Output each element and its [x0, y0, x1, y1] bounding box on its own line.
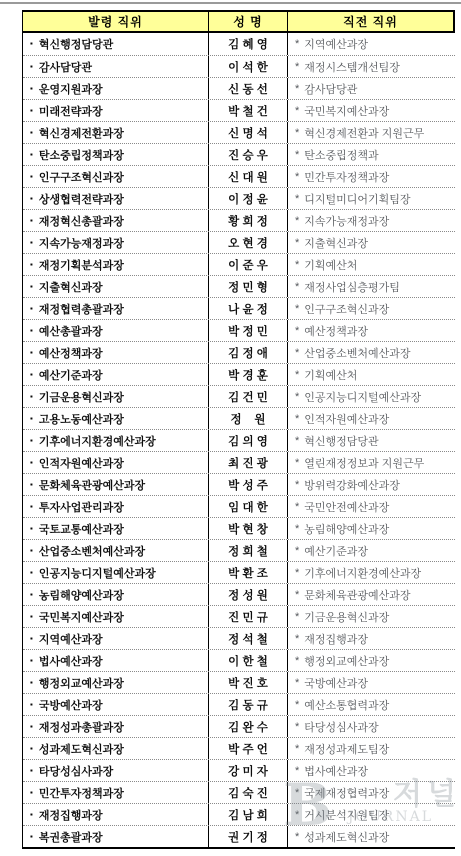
asterisk-marker: *	[295, 281, 299, 293]
appointed-position-text: 예산기준과장	[39, 367, 103, 383]
asterisk-marker: *	[295, 193, 299, 205]
previous-position-text: 지속가능재정과장	[304, 213, 389, 229]
appointed-position-cell: ▪혁신경제전환과장	[23, 122, 209, 143]
appointed-position-text: 인구구조혁신과장	[39, 169, 124, 185]
appointed-position-text: 재정성과총괄과장	[39, 719, 124, 735]
bullet-square-icon: ▪	[30, 40, 33, 48]
appointed-position-cell: ▪재정성과총괄과장	[23, 716, 209, 737]
name-cell: 진 승 우	[209, 144, 288, 165]
asterisk-marker: *	[295, 215, 299, 227]
name-cell: 최 진 광	[209, 452, 288, 473]
previous-position-cell: *기금운용혁신과장	[288, 606, 455, 627]
bullet-square-icon: ▪	[30, 239, 33, 247]
previous-position-text: 성과제도혁신과장	[304, 829, 389, 845]
bullet-square-icon: ▪	[30, 657, 33, 665]
asterisk-marker: *	[295, 259, 299, 271]
appointed-position-text: 예산정책과장	[39, 345, 103, 361]
name-cell: 정 민 형	[209, 276, 288, 297]
bullet-square-icon: ▪	[30, 723, 33, 731]
previous-position-cell: *예산정책과장	[288, 320, 455, 341]
bullet-square-icon: ▪	[30, 459, 33, 467]
previous-position-cell: *디지털미디어기획팀장	[288, 188, 455, 209]
appointed-position-cell: ▪재정혁신총괄과장	[23, 210, 209, 231]
previous-position-cell: *성과제도혁신과장	[288, 826, 455, 847]
appointed-position-text: 혁신행정담당관	[39, 36, 113, 52]
previous-position-text: 행정외교예산과장	[304, 653, 389, 669]
bullet-square-icon: ▪	[30, 503, 33, 511]
bullet-square-icon: ▪	[30, 129, 33, 137]
previous-position-cell: *혁신경제전환과 지원근무	[288, 122, 455, 143]
name-cell: 김 건 민	[209, 386, 288, 407]
bullet-square-icon: ▪	[30, 833, 33, 841]
appointed-position-cell: ▪타당성심사과장	[23, 760, 209, 781]
appointed-position-cell: ▪고용노동예산과장	[23, 408, 209, 429]
appointed-position-cell: ▪산업중소벤처예산과장	[23, 540, 209, 561]
previous-position-text: 재정사업심층평가팀	[304, 279, 400, 295]
previous-position-text: 인구구조혁신과장	[304, 301, 389, 317]
appointed-position-text: 지역예산과장	[39, 631, 103, 647]
name-cell: 신 명 석	[209, 122, 288, 143]
previous-position-cell: *인공지능디지털예산과장	[288, 386, 455, 407]
previous-position-text: 인공지능디지털예산과장	[304, 389, 421, 405]
asterisk-marker: *	[295, 479, 299, 491]
table-row: ▪재정집행과장김 남 희*거시분석지원팀장	[23, 803, 455, 825]
appointed-position-text: 재정협력총괄과장	[39, 301, 124, 317]
bullet-square-icon: ▪	[30, 371, 33, 379]
name-cell: 김 혜 영	[209, 33, 288, 55]
previous-position-text: 열린재정정보과 지원근무	[304, 455, 424, 471]
previous-position-cell: *재정사업심층평가팀	[288, 276, 455, 297]
appointed-position-text: 국민복지예산과장	[39, 609, 124, 625]
appointed-position-cell: ▪국토교통예산과장	[23, 518, 209, 539]
appointed-position-cell: ▪법사예산과장	[23, 650, 209, 671]
name-cell: 박 진 호	[209, 672, 288, 693]
table-row: ▪성과제도혁신과장박 주 언*재정성과제도팀장	[23, 737, 455, 759]
appointed-position-text: 인공지능디지털예산과장	[39, 565, 156, 581]
table-row: ▪재정협력총괄과장나 윤 정*인구구조혁신과장	[23, 297, 455, 319]
asterisk-marker: *	[295, 391, 299, 403]
bullet-square-icon: ▪	[30, 745, 33, 753]
bullet-square-icon: ▪	[30, 613, 33, 621]
previous-position-text: 국민안전예산과장	[304, 499, 389, 515]
name-cell: 권 기 정	[209, 826, 288, 847]
bullet-square-icon: ▪	[30, 811, 33, 819]
appointed-position-cell: ▪지역예산과장	[23, 628, 209, 649]
appointed-position-text: 예산총괄과장	[39, 323, 103, 339]
asterisk-marker: *	[295, 347, 299, 359]
name-cell: 정 원	[209, 408, 288, 429]
previous-position-text: 지역예산과장	[304, 36, 368, 52]
appointed-position-cell: ▪재정협력총괄과장	[23, 298, 209, 319]
asterisk-marker: *	[295, 413, 299, 425]
appointed-position-cell: ▪재정기획분석과장	[23, 254, 209, 275]
bullet-square-icon: ▪	[30, 85, 33, 93]
asterisk-marker: *	[295, 325, 299, 337]
name-cell: 김 남 희	[209, 804, 288, 825]
previous-position-cell: *감사담당관	[288, 78, 455, 99]
table-row: ▪재정혁신총괄과장황 희 정*지속가능재정과장	[23, 209, 455, 231]
previous-position-cell: *기획예산처	[288, 364, 455, 385]
previous-position-text: 국방예산과장	[304, 675, 368, 691]
bullet-square-icon: ▪	[30, 261, 33, 269]
appointed-position-text: 기후에너지환경예산과장	[39, 433, 156, 449]
appointed-position-cell: ▪지속가능재정과장	[23, 232, 209, 253]
asterisk-marker: *	[295, 61, 299, 73]
bullet-square-icon: ▪	[30, 701, 33, 709]
appointed-position-text: 성과제도혁신과장	[39, 741, 124, 757]
top-divider-line	[0, 2, 461, 4]
previous-position-text: 재정시스템개선팀장	[304, 59, 400, 75]
previous-position-cell: *행정외교예산과장	[288, 650, 455, 671]
previous-position-text: 법사예산과장	[304, 763, 368, 779]
asterisk-marker: *	[295, 721, 299, 733]
previous-position-text: 민간투자정책과장	[304, 169, 389, 185]
name-cell: 신 동 선	[209, 78, 288, 99]
name-cell: 정 성 원	[209, 584, 288, 605]
table-row: ▪기금운용혁신과장김 건 민*인공지능디지털예산과장	[23, 385, 455, 407]
name-cell: 임 대 한	[209, 496, 288, 517]
bullet-square-icon: ▪	[30, 635, 33, 643]
appointed-position-text: 농림해양예산과장	[39, 587, 124, 603]
appointed-position-text: 복권총괄과장	[39, 829, 103, 845]
appointed-position-cell: ▪국민복지예산과장	[23, 606, 209, 627]
previous-position-text: 거시분석지원팀장	[304, 807, 389, 823]
previous-position-text: 감사담당관	[304, 81, 357, 97]
table-row: ▪지역예산과장정 석 철*재정집행과장	[23, 627, 455, 649]
previous-position-cell: *민간투자정책과장	[288, 166, 455, 187]
previous-position-cell: *기후에너지환경예산과장	[288, 562, 455, 583]
table-row: ▪상생협력전략과장이 정 윤*디지털미디어기획팀장	[23, 187, 455, 209]
appointed-position-text: 재정집행과장	[39, 807, 103, 823]
previous-position-text: 재정성과제도팀장	[304, 741, 389, 757]
previous-position-cell: *지속가능재정과장	[288, 210, 455, 231]
bullet-square-icon: ▪	[30, 305, 33, 313]
table-row: ▪혁신경제전환과장신 명 석*혁신경제전환과 지원근무	[23, 121, 455, 143]
previous-position-cell: *국제재정협력과장	[288, 782, 455, 803]
bullet-square-icon: ▪	[30, 767, 33, 775]
bullet-square-icon: ▪	[30, 569, 33, 577]
appointed-position-text: 지속가능재정과장	[39, 235, 124, 251]
name-cell: 이 한 철	[209, 650, 288, 671]
table-header-row: 발령 직위 성 명 직전 직위	[22, 10, 455, 33]
appointed-position-text: 법사예산과장	[39, 653, 103, 669]
table-row: ▪지속가능재정과장오 현 경*지출혁신과장	[23, 231, 455, 253]
table-row: ▪예산총괄과장박 정 민*예산정책과장	[23, 319, 455, 341]
name-cell: 김 동 규	[209, 694, 288, 715]
table-row: ▪운영지원과장신 동 선*감사담당관	[23, 77, 455, 99]
table-row: ▪기후에너지환경예산과장김 의 영*혁신행정담당관	[23, 429, 455, 451]
table-row: ▪탄소중립정책과장진 승 우*탄소중립정책과	[23, 143, 455, 165]
appointed-position-text: 문화체육관광예산과장	[39, 477, 145, 493]
previous-position-text: 기금운용혁신과장	[304, 609, 389, 625]
appointed-position-cell: ▪투자사업관리과장	[23, 496, 209, 517]
name-cell: 이 정 윤	[209, 188, 288, 209]
previous-position-text: 기획예산처	[304, 257, 357, 273]
bullet-square-icon: ▪	[30, 525, 33, 533]
name-cell: 강 미 자	[209, 760, 288, 781]
asterisk-marker: *	[295, 567, 299, 579]
previous-position-cell: *문화체육관광예산과장	[288, 584, 455, 605]
bullet-square-icon: ▪	[30, 173, 33, 181]
appointed-position-text: 국방예산과장	[39, 697, 103, 713]
asterisk-marker: *	[295, 38, 299, 50]
bullet-square-icon: ▪	[30, 151, 33, 159]
appointed-position-text: 감사담당관	[39, 59, 92, 75]
appointment-table: 발령 직위 성 명 직전 직위 ▪혁신행정담당관김 혜 영*지역예산과장▪감사담…	[22, 10, 455, 849]
previous-position-cell: *지역예산과장	[288, 33, 455, 55]
bullet-square-icon: ▪	[30, 107, 33, 115]
appointed-position-text: 국토교통예산과장	[39, 521, 124, 537]
previous-position-text: 디지털미디어기획팀장	[304, 191, 410, 207]
previous-position-cell: *재정성과제도팀장	[288, 738, 455, 759]
previous-position-cell: *재정집행과장	[288, 628, 455, 649]
previous-position-text: 산업중소벤처예산과장	[304, 345, 410, 361]
table-row: ▪국민복지예산과장진 민 규*기금운용혁신과장	[23, 605, 455, 627]
previous-position-text: 재정집행과장	[304, 631, 368, 647]
appointed-position-text: 산업중소벤처예산과장	[39, 543, 145, 559]
asterisk-marker: *	[295, 677, 299, 689]
name-cell: 김 정 애	[209, 342, 288, 363]
asterisk-marker: *	[295, 831, 299, 843]
bullet-square-icon: ▪	[30, 195, 33, 203]
name-cell: 정 희 철	[209, 540, 288, 561]
bullet-square-icon: ▪	[30, 327, 33, 335]
previous-position-text: 예산기준과장	[304, 543, 368, 559]
appointed-position-cell: ▪인구구조혁신과장	[23, 166, 209, 187]
appointed-position-text: 지출혁신과장	[39, 279, 103, 295]
appointed-position-cell: ▪기후에너지환경예산과장	[23, 430, 209, 451]
appointed-position-cell: ▪인적자원예산과장	[23, 452, 209, 473]
previous-position-cell: *국방예산과장	[288, 672, 455, 693]
appointed-position-cell: ▪복권총괄과장	[23, 826, 209, 847]
appointed-position-cell: ▪예산총괄과장	[23, 320, 209, 341]
appointed-position-cell: ▪문화체육관광예산과장	[23, 474, 209, 495]
table-body: ▪혁신행정담당관김 혜 영*지역예산과장▪감사담당관이 석 한*재정시스템개선팀…	[22, 33, 455, 849]
table-row: ▪예산기준과장박 경 훈*기획예산처	[23, 363, 455, 385]
appointed-position-cell: ▪예산기준과장	[23, 364, 209, 385]
name-cell: 김 숙 진	[209, 782, 288, 803]
bullet-square-icon: ▪	[30, 679, 33, 687]
name-cell: 오 현 경	[209, 232, 288, 253]
asterisk-marker: *	[295, 369, 299, 381]
table-row: ▪예산정책과장김 정 애*산업중소벤처예산과장	[23, 341, 455, 363]
name-cell: 이 석 한	[209, 56, 288, 77]
name-cell: 진 민 규	[209, 606, 288, 627]
table-row: ▪투자사업관리과장임 대 한*국민안전예산과장	[23, 495, 455, 517]
asterisk-marker: *	[295, 457, 299, 469]
previous-position-cell: *타당성심사과장	[288, 716, 455, 737]
previous-position-cell: *재정시스템개선팀장	[288, 56, 455, 77]
previous-position-text: 타당성심사과장	[304, 719, 378, 735]
name-cell: 박 경 훈	[209, 364, 288, 385]
table-row: ▪산업중소벤처예산과장정 희 철*예산기준과장	[23, 539, 455, 561]
asterisk-marker: *	[295, 809, 299, 821]
name-cell: 박 현 창	[209, 518, 288, 539]
bullet-square-icon: ▪	[30, 349, 33, 357]
previous-position-text: 국제재정협력과장	[304, 785, 389, 801]
appointed-position-cell: ▪기금운용혁신과장	[23, 386, 209, 407]
header-appointed-position: 발령 직위	[23, 12, 209, 31]
previous-position-text: 방위력강화예산과장	[304, 477, 400, 493]
asterisk-marker: *	[295, 743, 299, 755]
previous-position-cell: *인구구조혁신과장	[288, 298, 455, 319]
bullet-square-icon: ▪	[30, 437, 33, 445]
appointed-position-cell: ▪성과제도혁신과장	[23, 738, 209, 759]
appointed-position-text: 미래전략과장	[39, 103, 103, 119]
appointed-position-cell: ▪지출혁신과장	[23, 276, 209, 297]
appointed-position-text: 민간투자정책과장	[39, 785, 124, 801]
appointed-position-text: 탄소중립정책과장	[39, 147, 124, 163]
asterisk-marker: *	[295, 523, 299, 535]
appointed-position-cell: ▪국방예산과장	[23, 694, 209, 715]
asterisk-marker: *	[295, 699, 299, 711]
previous-position-text: 농림해양예산과장	[304, 521, 389, 537]
table-row: ▪국토교통예산과장박 현 창*농림해양예산과장	[23, 517, 455, 539]
previous-position-text: 지출혁신과장	[304, 235, 368, 251]
name-cell: 김 의 영	[209, 430, 288, 451]
previous-position-cell: *산업중소벤처예산과장	[288, 342, 455, 363]
appointed-position-cell: ▪재정집행과장	[23, 804, 209, 825]
previous-position-text: 혁신경제전환과 지원근무	[304, 125, 424, 141]
table-row: ▪재정성과총괄과장김 완 수*타당성심사과장	[23, 715, 455, 737]
table-row: ▪법사예산과장이 한 철*행정외교예산과장	[23, 649, 455, 671]
appointed-position-text: 상생협력전략과장	[39, 191, 124, 207]
previous-position-cell: *농림해양예산과장	[288, 518, 455, 539]
asterisk-marker: *	[295, 589, 299, 601]
table-row: ▪미래전략과장박 철 건*국민복지예산과장	[23, 99, 455, 121]
appointed-position-cell: ▪민간투자정책과장	[23, 782, 209, 803]
name-cell: 이 준 우	[209, 254, 288, 275]
name-cell: 박 정 민	[209, 320, 288, 341]
header-name: 성 명	[209, 12, 288, 31]
appointed-position-text: 운영지원과장	[39, 81, 103, 97]
asterisk-marker: *	[295, 303, 299, 315]
name-cell: 정 석 철	[209, 628, 288, 649]
previous-position-cell: *거시분석지원팀장	[288, 804, 455, 825]
appointed-position-text: 재정혁신총괄과장	[39, 213, 124, 229]
previous-position-text: 국민복지예산과장	[304, 103, 389, 119]
previous-position-cell: *예산소통협력과장	[288, 694, 455, 715]
bullet-square-icon: ▪	[30, 591, 33, 599]
name-cell: 신 대 원	[209, 166, 288, 187]
previous-position-text: 기획예산처	[304, 367, 357, 383]
asterisk-marker: *	[295, 545, 299, 557]
asterisk-marker: *	[295, 501, 299, 513]
header-previous-position: 직전 직위	[288, 12, 453, 31]
previous-position-cell: *법사예산과장	[288, 760, 455, 781]
bullet-square-icon: ▪	[30, 547, 33, 555]
appointed-position-text: 혁신경제전환과장	[39, 125, 124, 141]
previous-position-cell: *기획예산처	[288, 254, 455, 275]
asterisk-marker: *	[295, 611, 299, 623]
appointed-position-cell: ▪운영지원과장	[23, 78, 209, 99]
bullet-square-icon: ▪	[30, 217, 33, 225]
bullet-square-icon: ▪	[30, 393, 33, 401]
appointed-position-text: 재정기획분석과장	[39, 257, 124, 273]
table-row: ▪감사담당관이 석 한*재정시스템개선팀장	[23, 55, 455, 77]
asterisk-marker: *	[295, 83, 299, 95]
name-cell: 박 성 주	[209, 474, 288, 495]
asterisk-marker: *	[295, 765, 299, 777]
previous-position-cell: *지출혁신과장	[288, 232, 455, 253]
asterisk-marker: *	[295, 435, 299, 447]
previous-position-text: 문화체육관광예산과장	[304, 587, 410, 603]
appointed-position-text: 고용노동예산과장	[39, 411, 124, 427]
asterisk-marker: *	[295, 171, 299, 183]
table-row: ▪민간투자정책과장김 숙 진*국제재정협력과장	[23, 781, 455, 803]
table-row: ▪타당성심사과장강 미 자*법사예산과장	[23, 759, 455, 781]
table-row: ▪국방예산과장김 동 규*예산소통협력과장	[23, 693, 455, 715]
appointed-position-cell: ▪미래전략과장	[23, 100, 209, 121]
table-row: ▪지출혁신과장정 민 형*재정사업심층평가팀	[23, 275, 455, 297]
previous-position-text: 혁신행정담당관	[304, 433, 378, 449]
name-cell: 박 철 건	[209, 100, 288, 121]
previous-position-cell: *인적자원예산과장	[288, 408, 455, 429]
table-row: ▪인적자원예산과장최 진 광*열린재정정보과 지원근무	[23, 451, 455, 473]
previous-position-cell: *방위력강화예산과장	[288, 474, 455, 495]
previous-position-cell: *열린재정정보과 지원근무	[288, 452, 455, 473]
name-cell: 박 주 언	[209, 738, 288, 759]
appointed-position-cell: ▪탄소중립정책과장	[23, 144, 209, 165]
bullet-square-icon: ▪	[30, 415, 33, 423]
previous-position-text: 인적자원예산과장	[304, 411, 389, 427]
table-row: ▪재정기획분석과장이 준 우*기획예산처	[23, 253, 455, 275]
table-row: ▪농림해양예산과장정 성 원*문화체육관광예산과장	[23, 583, 455, 605]
bullet-square-icon: ▪	[30, 481, 33, 489]
previous-position-text: 예산정책과장	[304, 323, 368, 339]
appointed-position-cell: ▪인공지능디지털예산과장	[23, 562, 209, 583]
appointed-position-cell: ▪농림해양예산과장	[23, 584, 209, 605]
previous-position-cell: *예산기준과장	[288, 540, 455, 561]
table-row: ▪문화체육관광예산과장박 성 주*방위력강화예산과장	[23, 473, 455, 495]
bullet-square-icon: ▪	[30, 63, 33, 71]
bullet-square-icon: ▪	[30, 789, 33, 797]
table-row: ▪복권총괄과장권 기 정*성과제도혁신과장	[23, 825, 455, 847]
appointed-position-text: 인적자원예산과장	[39, 455, 124, 471]
table-row: ▪고용노동예산과장정 원*인적자원예산과장	[23, 407, 455, 429]
appointed-position-text: 타당성심사과장	[39, 763, 113, 779]
appointed-position-text: 투자사업관리과장	[39, 499, 124, 515]
table-row: ▪혁신행정담당관김 혜 영*지역예산과장	[23, 33, 455, 55]
table-row: ▪인구구조혁신과장신 대 원*민간투자정책과장	[23, 165, 455, 187]
asterisk-marker: *	[295, 633, 299, 645]
appointed-position-cell: ▪상생협력전략과장	[23, 188, 209, 209]
name-cell: 김 완 수	[209, 716, 288, 737]
table-row: ▪인공지능디지털예산과장박 환 조*기후에너지환경예산과장	[23, 561, 455, 583]
table-row: ▪행정외교예산과장박 진 호*국방예산과장	[23, 671, 455, 693]
previous-position-cell: *국민안전예산과장	[288, 496, 455, 517]
asterisk-marker: *	[295, 105, 299, 117]
asterisk-marker: *	[295, 149, 299, 161]
previous-position-text: 탄소중립정책과	[304, 147, 378, 163]
previous-position-text: 예산소통협력과장	[304, 697, 389, 713]
appointed-position-cell: ▪감사담당관	[23, 56, 209, 77]
appointed-position-text: 기금운용혁신과장	[39, 389, 124, 405]
appointed-position-cell: ▪행정외교예산과장	[23, 672, 209, 693]
name-cell: 황 희 정	[209, 210, 288, 231]
asterisk-marker: *	[295, 787, 299, 799]
name-cell: 박 환 조	[209, 562, 288, 583]
previous-position-cell: *탄소중립정책과	[288, 144, 455, 165]
asterisk-marker: *	[295, 127, 299, 139]
previous-position-text: 기후에너지환경예산과장	[304, 565, 421, 581]
asterisk-marker: *	[295, 237, 299, 249]
previous-position-cell: *국민복지예산과장	[288, 100, 455, 121]
previous-position-cell: *혁신행정담당관	[288, 430, 455, 451]
bullet-square-icon: ▪	[30, 283, 33, 291]
appointed-position-cell: ▪예산정책과장	[23, 342, 209, 363]
appointed-position-text: 행정외교예산과장	[39, 675, 124, 691]
